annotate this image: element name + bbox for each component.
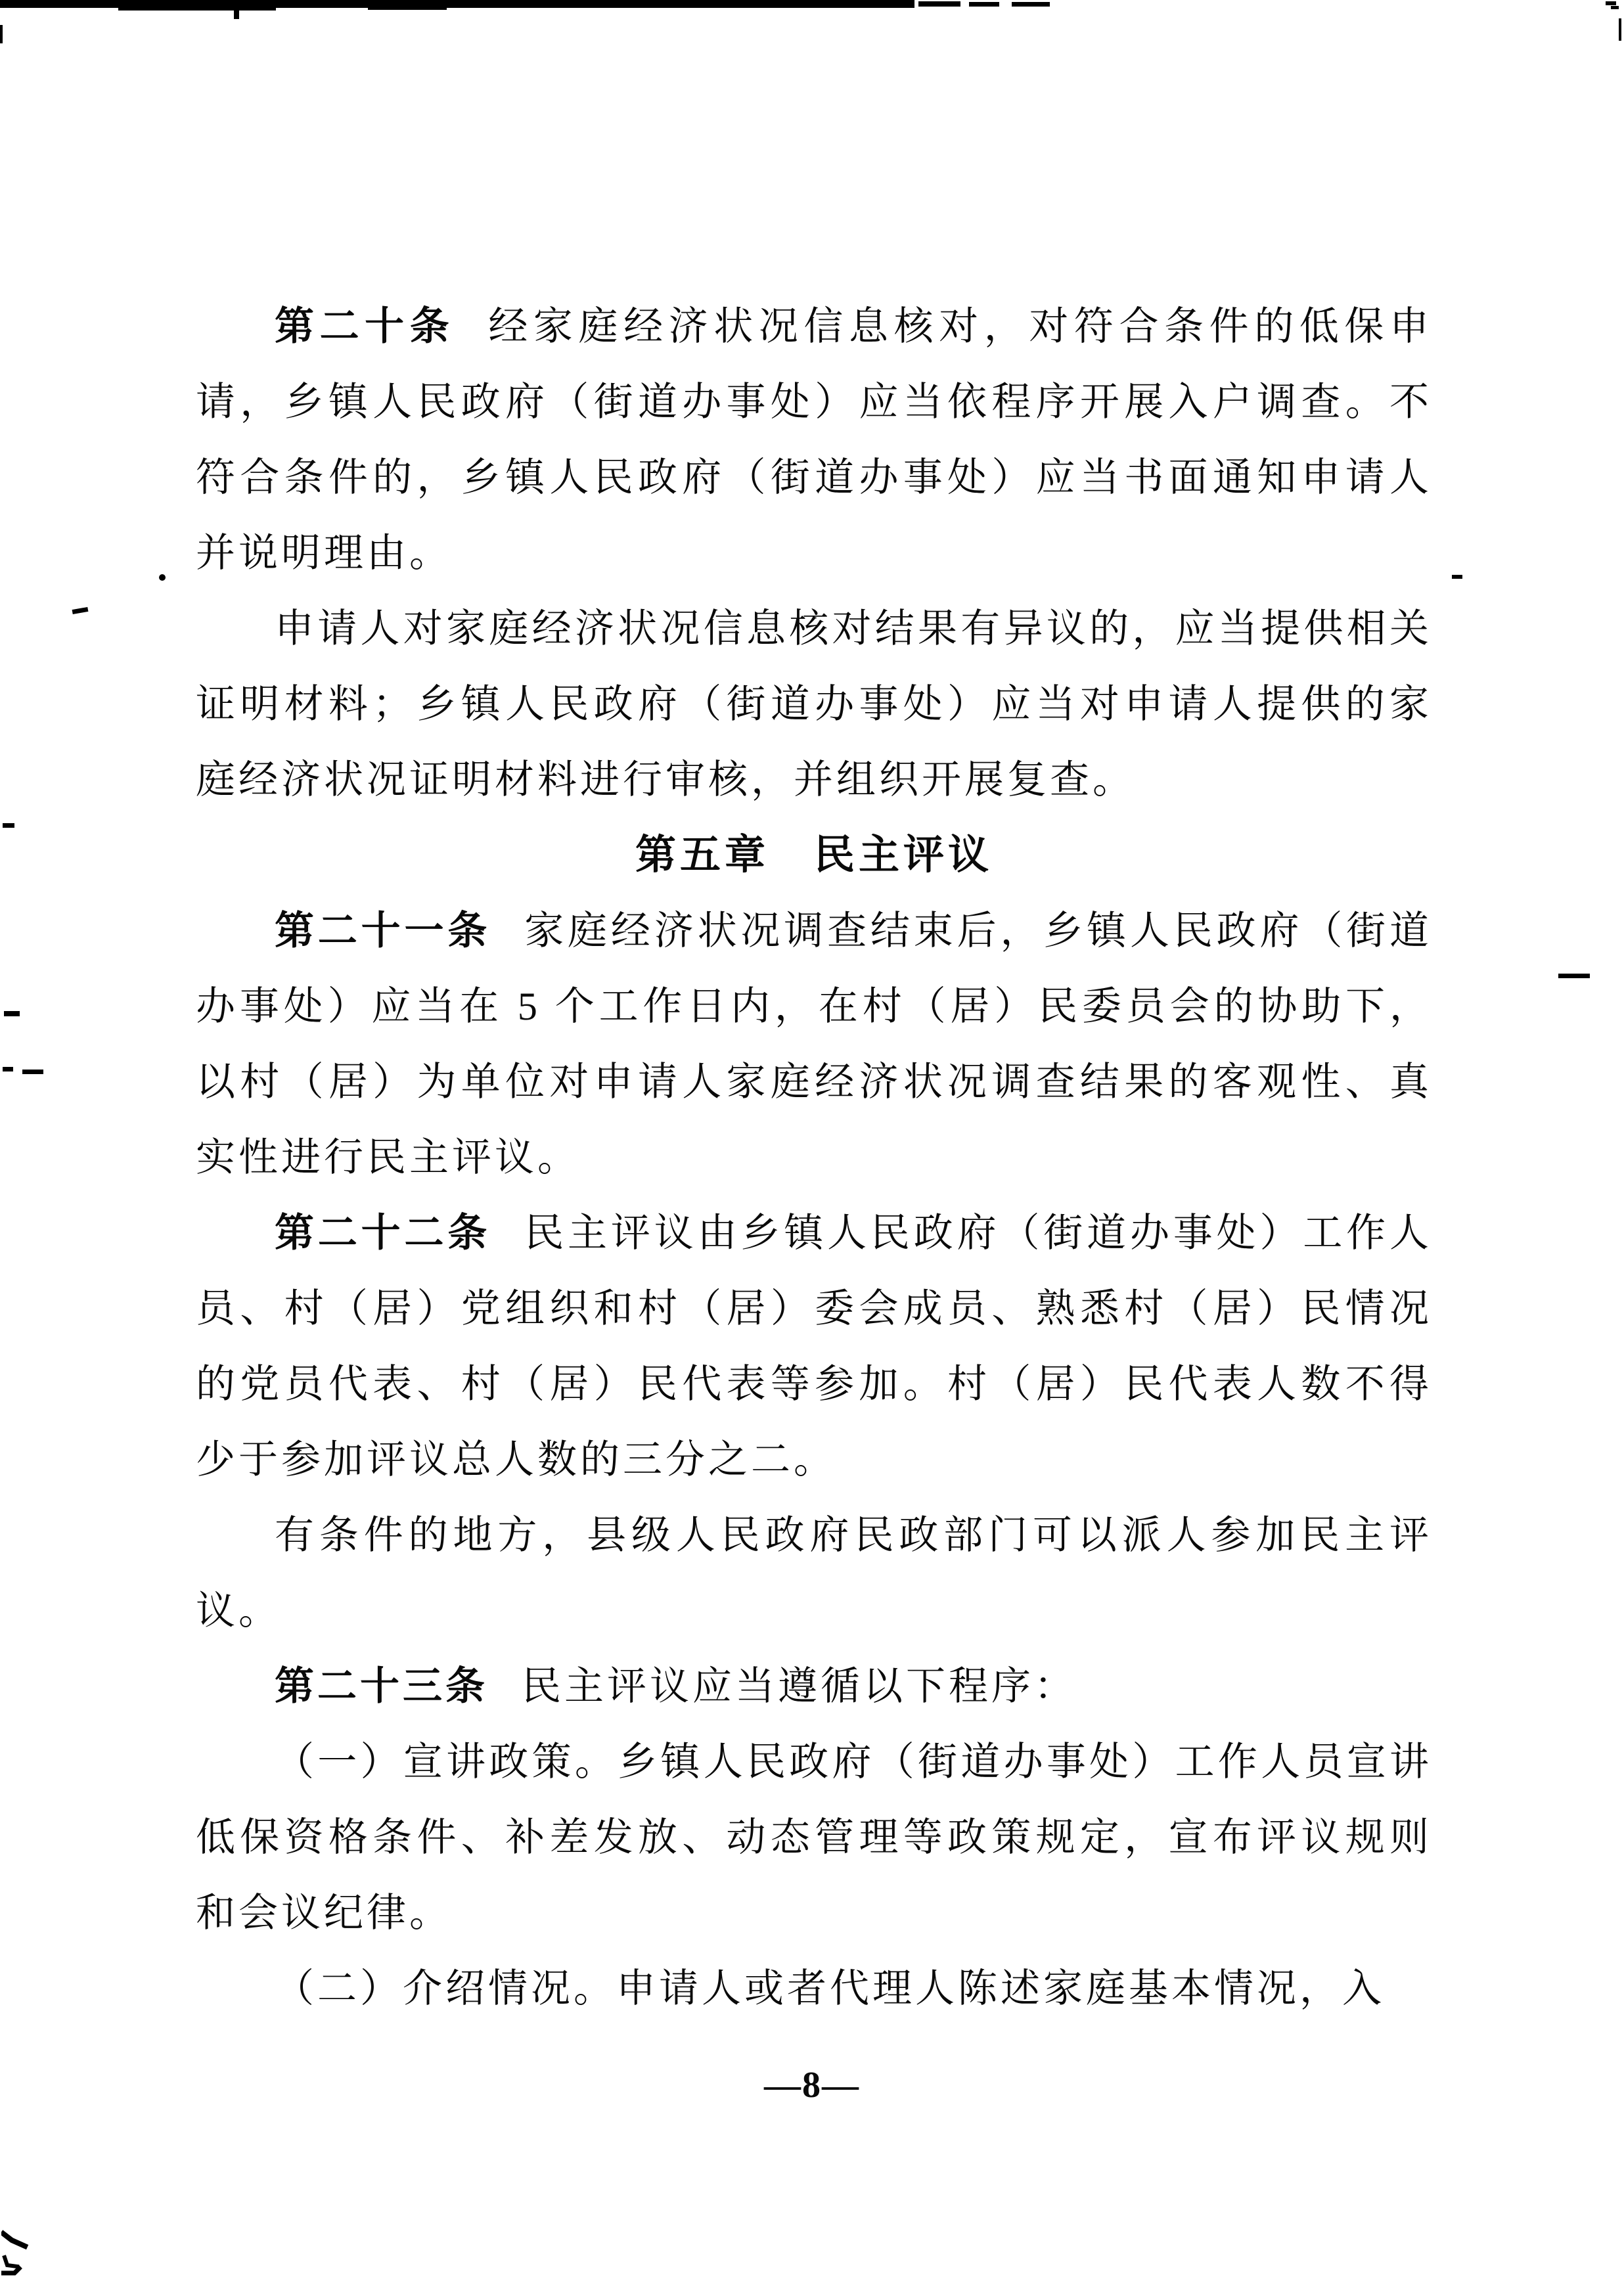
- paragraph-text: （二）介绍情况。申请人或者代理人陈述家庭基本情况，入: [275, 1967, 1385, 2010]
- scan-artifact: [1619, 18, 1621, 41]
- scan-artifact: [3, 1067, 13, 1071]
- paragraph-text: （一）宣讲政策。乡镇人民政府（街道办事处）工作人员宣讲低保资格条件、补差发放、动…: [196, 1740, 1432, 1935]
- paragraph: 有条件的地方，县级人民政府民政部门可以派人参加民主评议。: [196, 1498, 1432, 1649]
- document-text-block: 第二十条经家庭经济状况信息核对，对符合条件的低保申请，乡镇人民政府（街道办事处）…: [196, 289, 1432, 2027]
- scan-artifact: [0, 25, 3, 43]
- paragraph: 申请人对家庭经济状况信息核对结果有异议的，应当提供相关证明材料；乡镇人民政府（街…: [196, 591, 1432, 818]
- scan-artifact: [4, 1011, 20, 1016]
- scan-artifact: [1012, 2, 1050, 7]
- scan-artifact: [1611, 6, 1619, 9]
- scan-artifact: [3, 823, 14, 828]
- chapter-heading: 第五章 民主评议: [196, 818, 1432, 893]
- page-number: —8—: [0, 2064, 1624, 2106]
- article-number: 第二十一条: [275, 909, 491, 953]
- scanned-document-page: { "page": { "number_display": "—8—" }, "…: [0, 0, 1624, 2277]
- scan-artifact: [969, 2, 999, 7]
- scan-artifact: [1558, 974, 1590, 978]
- article-number: 第二十二条: [275, 1211, 491, 1255]
- scan-artifact: [1606, 1, 1616, 5]
- scan-artifact: [118, 8, 276, 11]
- article-number: 第二十条: [275, 305, 455, 348]
- paragraph-article-23: 第二十三条民主评议应当遵循以下程序：: [196, 1649, 1432, 1725]
- paragraph-article-21: 第二十一条家庭经济状况调查结束后，乡镇人民政府（街道办事处）应当在 5 个工作日…: [196, 893, 1432, 1196]
- paragraph-text: 民主评议应当遵循以下程序：: [522, 1665, 1077, 1708]
- paragraph-article-20: 第二十条经家庭经济状况信息核对，对符合条件的低保申请，乡镇人民政府（街道办事处）…: [196, 289, 1432, 591]
- paragraph-item-2: （二）介绍情况。申请人或者代理人陈述家庭基本情况，入: [196, 1951, 1432, 2027]
- scan-artifact: [368, 8, 447, 10]
- paragraph-text: 申请人对家庭经济状况信息核对结果有异议的，应当提供相关证明材料；乡镇人民政府（街…: [196, 607, 1432, 801]
- scan-artifact: [22, 1070, 43, 1074]
- article-number: 第二十三条: [275, 1665, 488, 1708]
- paragraph-article-22: 第二十二条民主评议由乡镇人民政府（街道办事处）工作人员、村（居）党组织和村（居）…: [196, 1196, 1432, 1498]
- scan-artifact: [72, 607, 89, 614]
- scan-artifact-dot: [159, 574, 166, 581]
- paragraph-text: 有条件的地方，县级人民政府民政部门可以派人参加民主评议。: [196, 1514, 1432, 1633]
- scan-artifact: [918, 1, 960, 7]
- scan-artifact-top-bar: [0, 0, 914, 8]
- scan-artifact: [234, 9, 239, 19]
- scan-artifact: [1452, 575, 1462, 579]
- scan-artifact-squiggle: [1, 2228, 32, 2277]
- paragraph-item-1: （一）宣讲政策。乡镇人民政府（街道办事处）工作人员宣讲低保资格条件、补差发放、动…: [196, 1725, 1432, 1951]
